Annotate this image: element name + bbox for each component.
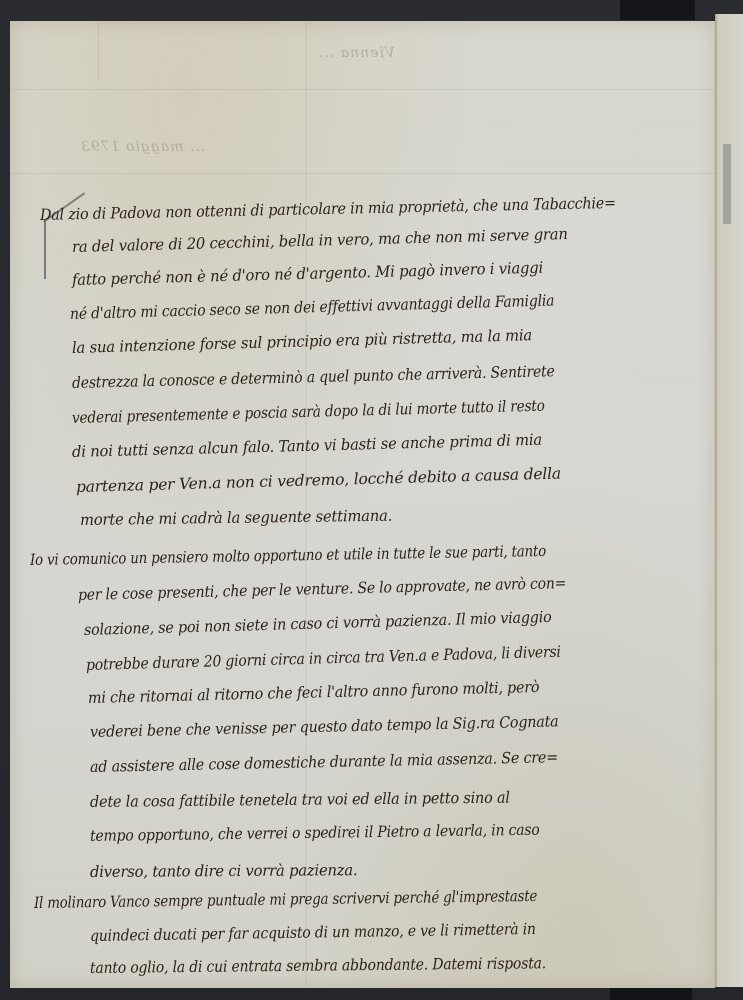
text-line: Io vi comunico un pensiero molto opportu… [30,542,546,569]
scanner-edge-bottom [610,987,692,1000]
scanner-edge-top [620,0,695,20]
text-line: Il molinaro Vanco sempre puntuale mi pre… [34,887,537,912]
text-line: per le cose presenti, che per le venture… [78,574,567,604]
text-line: dete la cosa fattibile tenetela tra voi … [90,789,510,811]
paper-crease [10,89,715,90]
manuscript-page: Vienna ... ... maggio 1793 Dal zio di Pa… [10,21,715,988]
text-line: mi che ritornai al ritorno che feci l'al… [88,678,540,707]
text-line: diverso, tanto dire ci vorrà pazienza. [90,861,358,881]
text-line: destrezza la conosce e determinò a quel … [72,362,555,392]
text-line: tempo opportuno, che verrei o spedirei i… [90,821,540,845]
bleedthrough-text: ... maggio 1793 [80,139,205,155]
text-line: potrebbe durare 20 giorni circa in circa… [86,643,561,674]
text-line: ad assistere alle cose domestiche durant… [90,748,558,776]
bleedthrough-text: Vienna ... [318,45,395,61]
text-line: vederei bene che venisse per questo dato… [90,712,559,741]
text-line: Dal zio di Padova non ottenni di partico… [40,194,616,224]
text-line: morte che mi cadrà la seguente settimana… [80,507,392,529]
text-line: tanto oglio, la di cui entrata sembra ab… [90,954,546,977]
adjacent-page-mark [723,144,731,224]
paper-crease [10,173,715,174]
text-line: né d'altro mi caccio seco se non dei eff… [70,291,555,323]
paper-fold-line [305,21,307,988]
text-line: solazione, se poi non siete in caso ci v… [84,608,552,639]
paper-fold-line-minor [98,21,99,81]
adjacent-page-edge [715,14,743,987]
text-line: vederai presentemente e poscia sarà dopo… [72,397,545,427]
text-line: ra del valore di 20 cecchini, bella in v… [72,225,568,256]
text-line: quindeci ducati per far acquisto di un m… [90,920,536,945]
text-line: partenza per Ven.a non ci vedremo, locch… [76,464,561,496]
text-line: fatto perché non è né d'oro né d'argento… [72,259,543,289]
margin-bracket [44,221,46,279]
text-line: la sua intenzione forse sul principio er… [72,326,533,357]
